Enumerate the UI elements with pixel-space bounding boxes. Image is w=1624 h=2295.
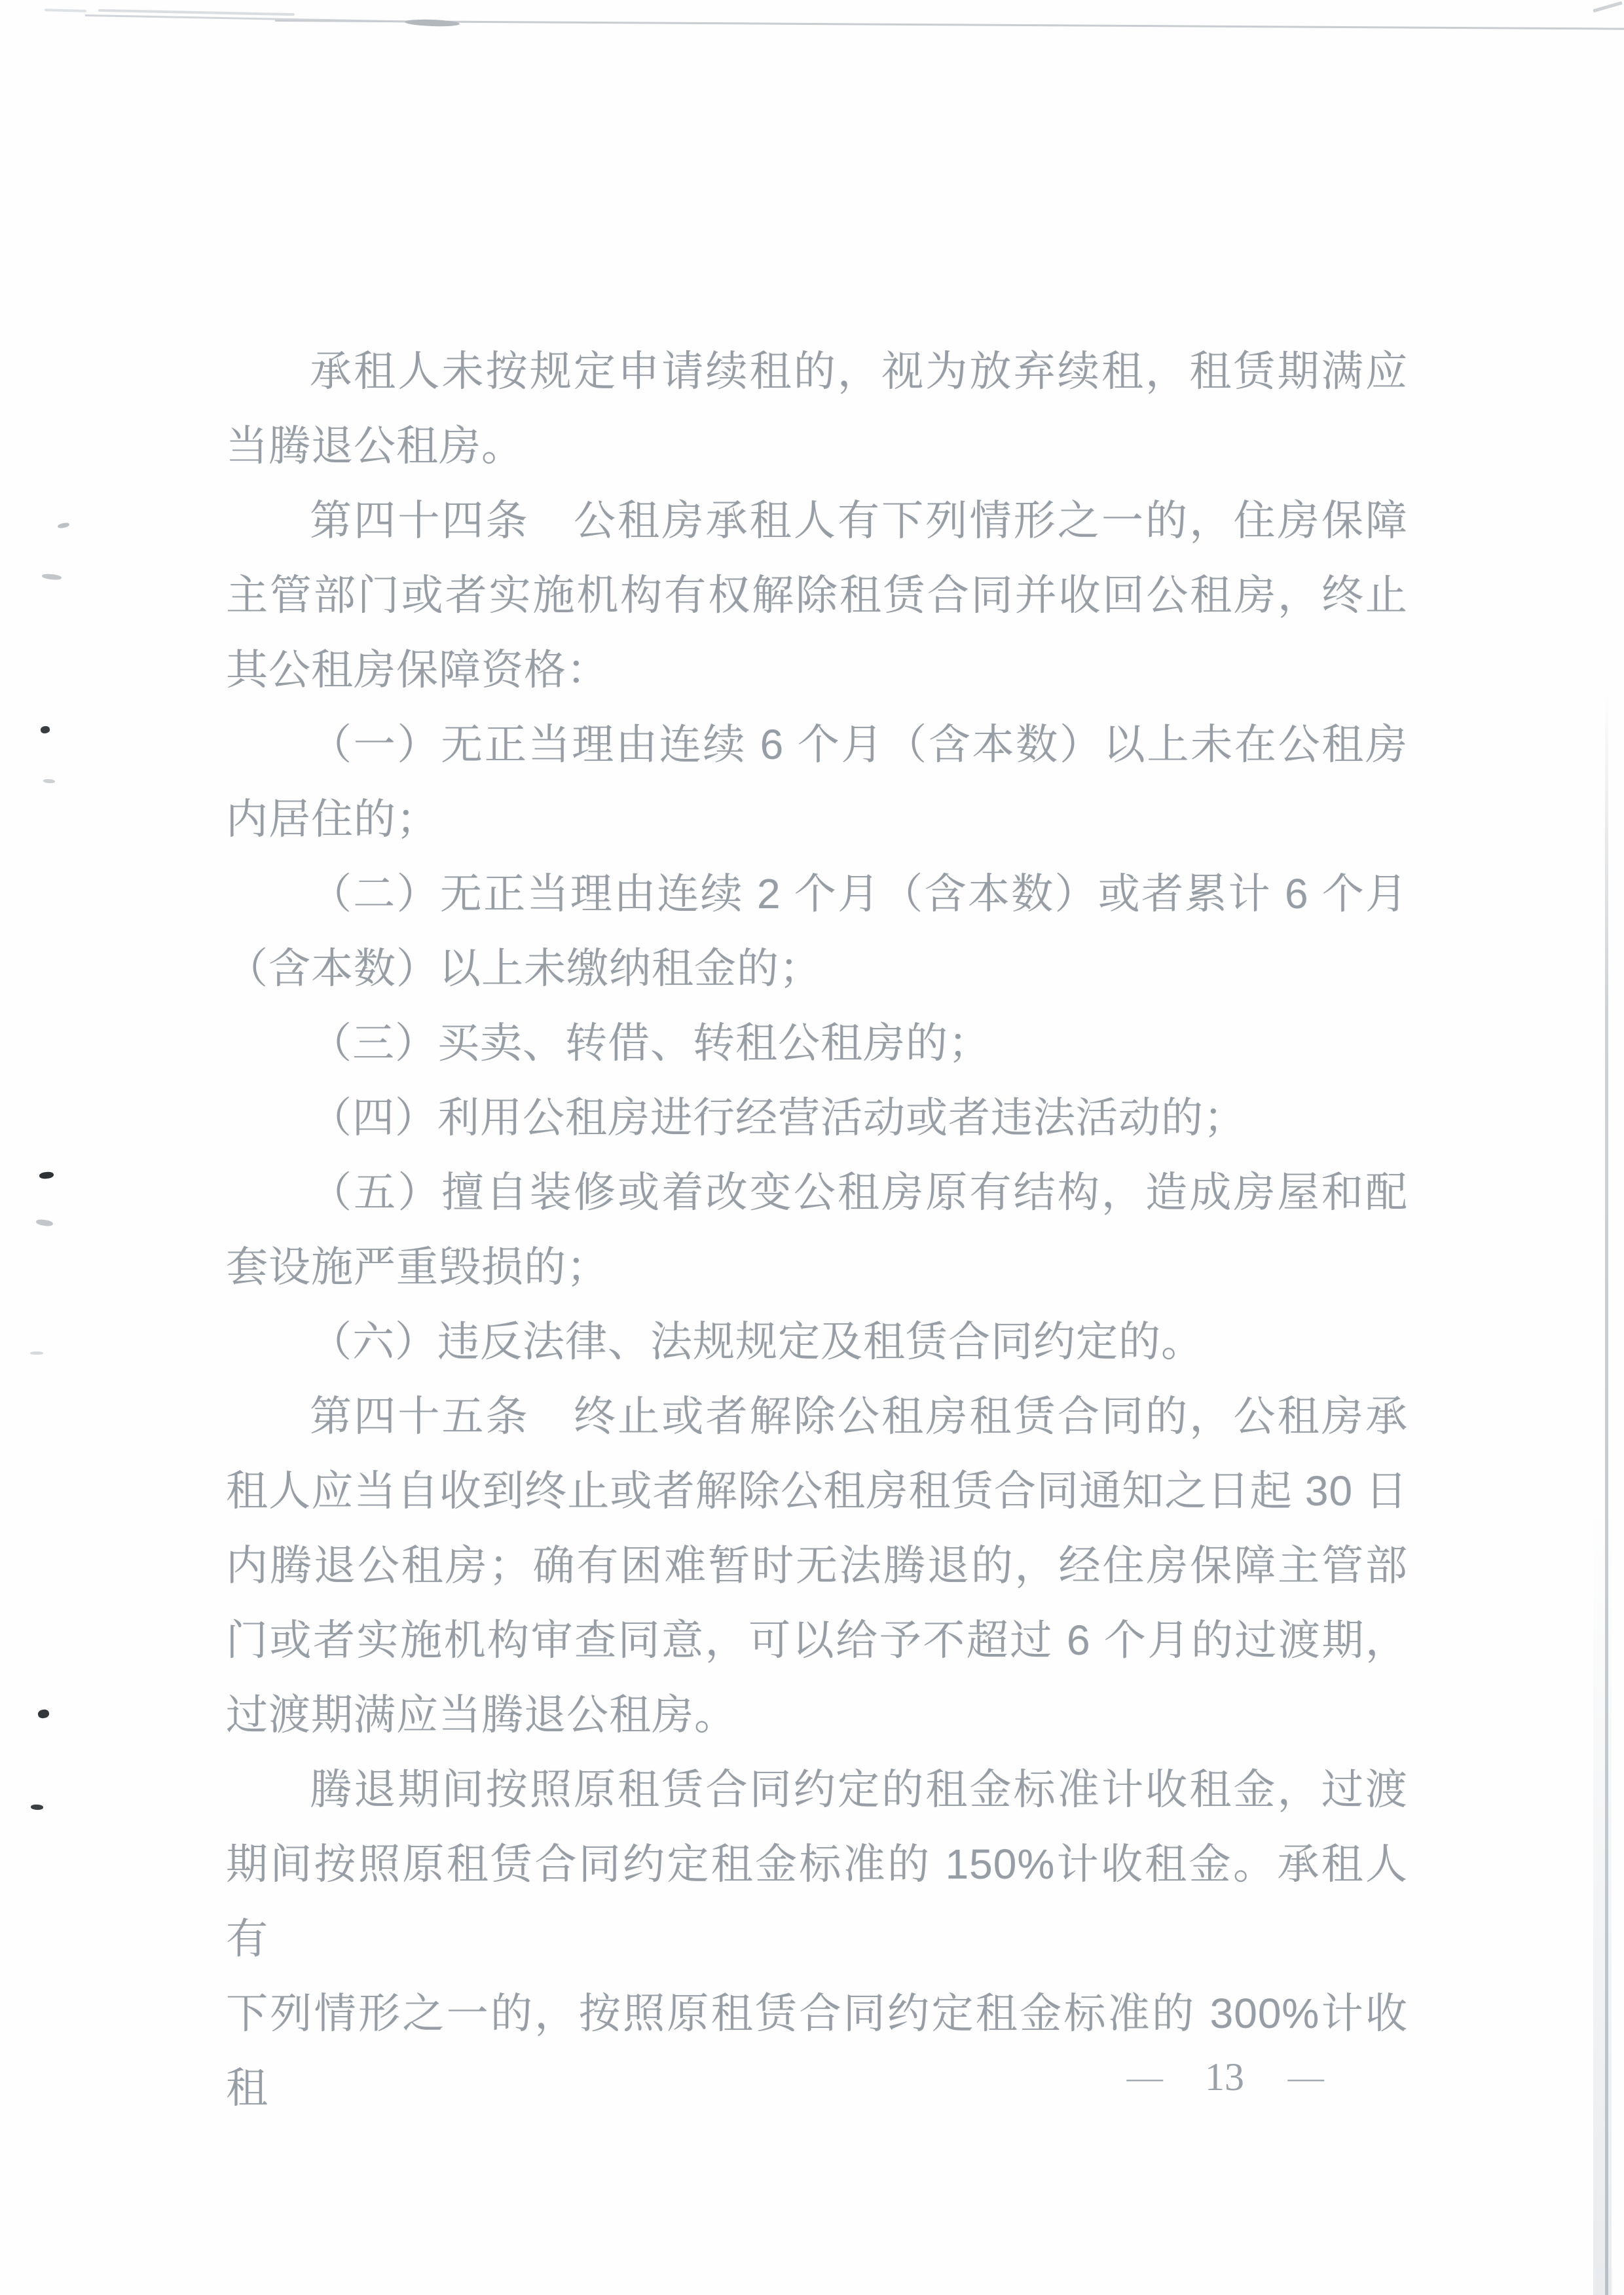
text-line: （四）利用公租房进行经营活动或者违法活动的； [226,1080,1408,1155]
ink-mark [42,573,62,580]
text-line: （六）违反法律、法规规定及租赁合同约定的。 [226,1304,1408,1379]
scan-artifact-smudge [405,19,460,28]
ink-mark [57,522,69,529]
scan-artifact-top-line [275,20,1624,30]
ink-mark [30,1351,43,1355]
scan-artifact-top-dash [45,9,86,12]
text-line: 套设施严重毁损的； [226,1230,1408,1304]
text-line: （一）无正当理由连续 6 个月（含本数）以上未在公租房 [226,707,1408,782]
page-number-left-dash: — [1127,2060,1162,2095]
text-line: 腾退期间按照原租赁合同约定的租金标准计收租金，过渡 [226,1752,1408,1827]
text-line: （二）无正当理由连续 2 个月（含本数）或者累计 6 个月 [226,856,1408,931]
text-line: 下列情形之一的，按照原租赁合同约定租金标准的 300%计收租 [226,1976,1408,2125]
scan-artifact-corner-tick [1593,1,1623,12]
text-line: 内居住的； [226,782,1408,856]
text-line: 第四十四条 公租房承租人有下列情形之一的，住房保障 [226,483,1408,558]
text-line: 当腾退公租房。 [226,409,1408,483]
scan-artifact-page-edge-shadow [1593,1493,1612,2295]
text-line: （五）擅自装修或着改变公租房原有结构，造成房屋和配 [226,1155,1408,1230]
scan-artifact-page-edge-line [1605,691,1608,2295]
text-line: 门或者实施机构审查同意，可以给予不超过 6 个月的过渡期， [226,1603,1408,1678]
ink-mark [40,725,50,734]
text-line: 期间按照原租赁合同约定租金标准的 150%计收租金。承租人有 [226,1827,1408,1976]
text-line: 过渡期满应当腾退公租房。 [226,1678,1408,1752]
ink-mark [43,779,55,783]
text-line: 主管部门或者实施机构有权解除租赁合同并收回公租房，终止 [226,558,1408,633]
text-line: 其公租房保障资格： [226,633,1408,707]
text-line: 租人应当自收到终止或者解除公租房租赁合同通知之日起 30 日 [226,1454,1408,1528]
page-number: — 13 — [1130,2057,1319,2097]
text-line: 第四十五条 终止或者解除公租房租赁合同的，公租房承 [226,1379,1408,1454]
scanned-document-page: 承租人未按规定申请续租的，视为放弃续租，租赁期满应 当腾退公租房。 第四十四条 … [0,0,1624,2295]
ink-mark [31,1805,43,1810]
ink-mark [36,1219,54,1227]
ink-mark [39,1171,54,1179]
text-line: （三）买卖、转借、转租公租房的； [226,1006,1408,1080]
page-number-value: 13 [1205,2055,1244,2100]
document-body: 承租人未按规定申请续租的，视为放弃续租，租赁期满应 当腾退公租房。 第四十四条 … [226,334,1408,2125]
ink-mark [37,1709,50,1719]
text-line: 内腾退公租房；确有困难暂时无法腾退的，经住房保障主管部 [226,1528,1408,1603]
text-line: 承租人未按规定申请续租的，视为放弃续租，租赁期满应 [226,334,1408,409]
text-line: （含本数）以上未缴纳租金的； [226,931,1408,1006]
page-number-right-dash: — [1288,2060,1323,2095]
